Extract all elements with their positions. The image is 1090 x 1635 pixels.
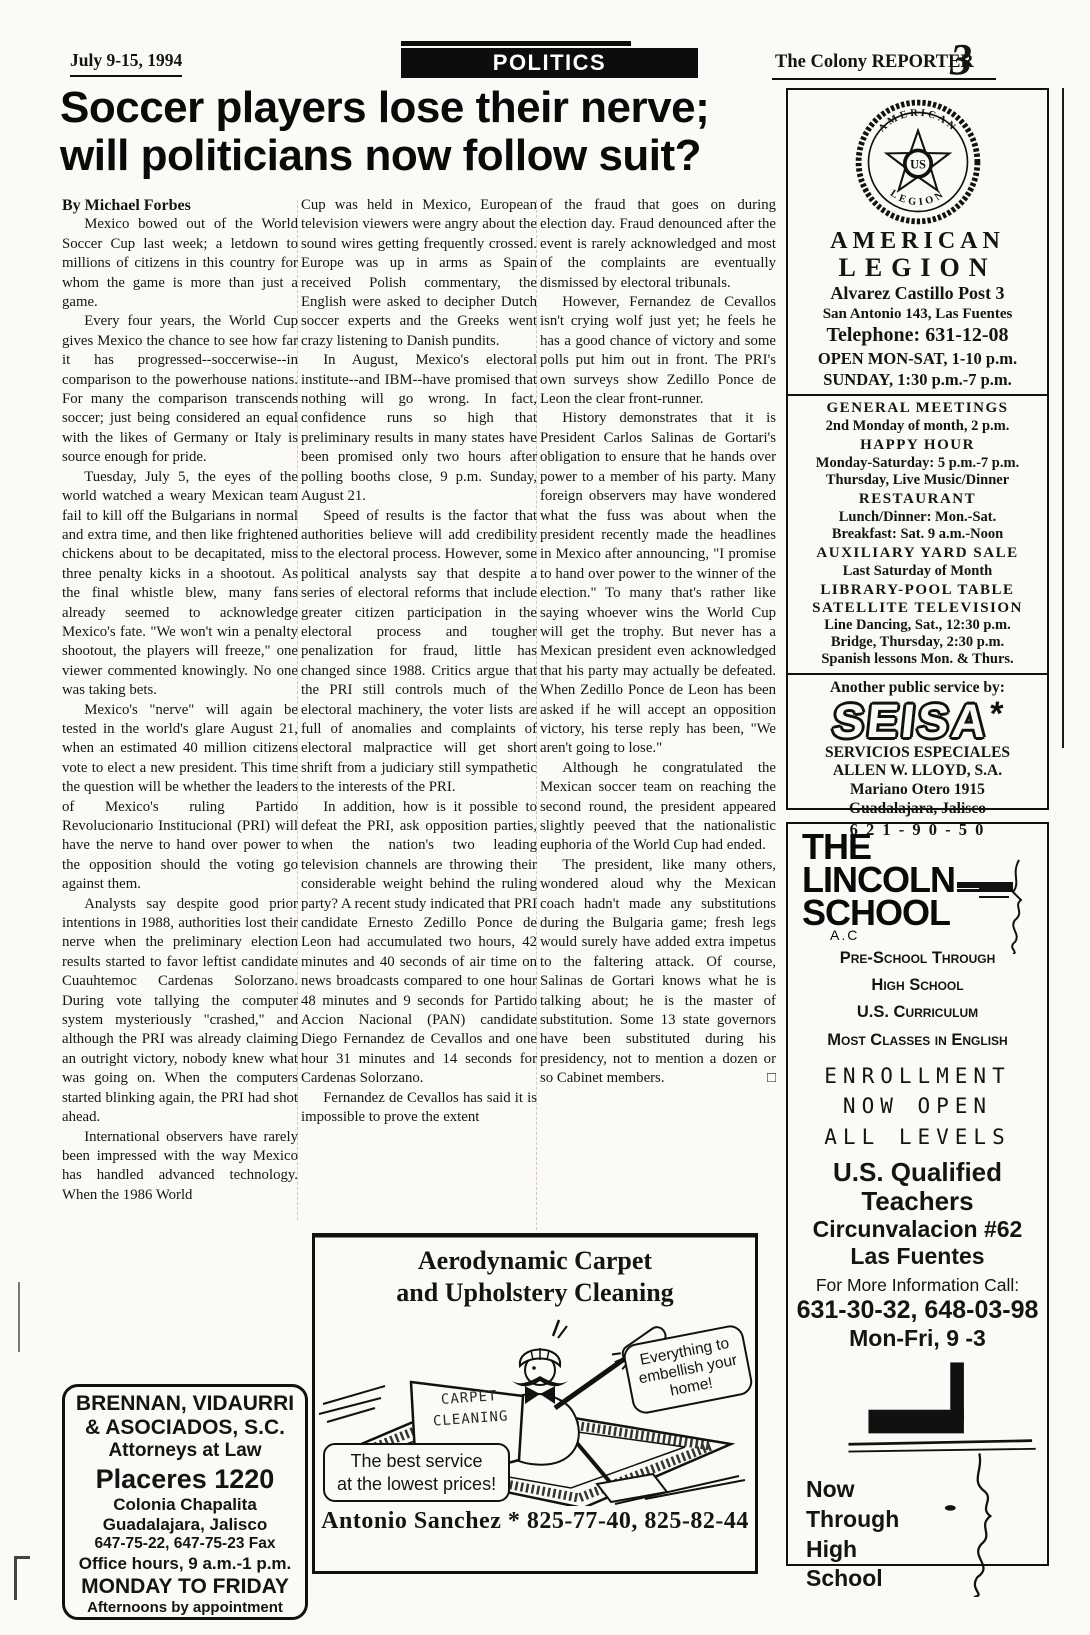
brennan-line: Colonia Chapalita <box>65 1495 305 1515</box>
caption-line: Now <box>806 1475 899 1505</box>
carpet-cartoon: CARPET CLEANING Everything to embellish … <box>315 1308 755 1506</box>
enrollment-line: ENROLLMENT <box>792 1061 1043 1091</box>
american-legion-ad: US AMERICAN LEGION AMERICAN LEGION Alvar… <box>786 88 1049 810</box>
paragraph: Although he congratulated the Mexican so… <box>540 759 776 856</box>
carpet-ad-contact: Antonio Sanchez * 825-77-40, 825-82-44 <box>315 1508 755 1535</box>
brennan-appointment: Afternoons by appointment <box>65 1599 305 1617</box>
divider <box>788 673 1047 675</box>
carpet-ad-title: Aerodynamic Carpet and Upholstery Cleani… <box>315 1245 755 1308</box>
paragraph: History demonstrates that it is Presiden… <box>540 409 776 758</box>
lincoln-info: For More Information Call: <box>792 1275 1043 1296</box>
paragraph: Mexico's "nerve" will again be tested in… <box>62 701 298 895</box>
seisa-line: Mariano Otero 1915 <box>793 781 1042 800</box>
bubble-line1: The best service <box>337 1450 496 1473</box>
legion-section-heading: RESTAURANT <box>793 491 1042 509</box>
article-column-3: of the fraud that goes on during electio… <box>540 196 776 1236</box>
legion-section-heading: HAPPY HOUR <box>793 437 1042 455</box>
article-column-2: Cup was held in Mexico, European televis… <box>301 196 537 1236</box>
legion-section-line: Line Dancing, Sat., 12:30 p.m. <box>793 617 1042 634</box>
paragraph: Fernandez de Cevallos has said it is imp… <box>301 1089 537 1128</box>
paragraph: In addition, how is it possible to defea… <box>301 798 537 1089</box>
brennan-line: Guadalajara, Jalisco <box>65 1515 305 1535</box>
lincoln-feature: U.S. Curriculum <box>792 1002 1043 1023</box>
legion-section-line: 2nd Monday of month, 2 p.m. <box>793 418 1042 435</box>
scan-artifact <box>14 1556 30 1600</box>
enrollment-line: NOW OPEN <box>792 1091 1043 1121</box>
issue-date: July 9-15, 1994 <box>70 50 182 77</box>
legion-section-heading: AUXILIARY YARD SALE <box>793 545 1042 563</box>
seisa-line: ALLEN W. LLOYD, S.A. <box>793 762 1042 781</box>
legion-hours-1: OPEN MON-SAT, 1-10 p.m. <box>793 348 1042 369</box>
paragraph: However, Fernandez de Cevallos isn't cry… <box>540 293 776 409</box>
lincoln-enrollment: ENROLLMENT NOW OPEN ALL LEVELS <box>792 1061 1043 1152</box>
page-number: 3 <box>950 34 972 85</box>
svg-text:US: US <box>910 158 926 172</box>
paragraph: Mexico bowed out of the World Soccer Cup… <box>62 215 298 312</box>
caption-line: Through <box>806 1505 899 1535</box>
legion-name-line1: AMERICAN <box>793 228 1042 254</box>
paragraph: Tuesday, July 5, the eyes of the world w… <box>62 468 298 701</box>
paragraph: Analysts say despite good prior intentio… <box>62 895 298 1128</box>
legion-section-line: Thursday, Live Music/Dinner <box>793 472 1042 489</box>
legion-address: San Antonio 143, Las Fuentes <box>793 305 1042 323</box>
paragraph: In August, Mexico's electoral institute-… <box>301 351 537 506</box>
paragraph: of the fraud that goes on during electio… <box>540 196 776 293</box>
caption-line: High <box>806 1535 899 1565</box>
brennan-street: Placeres 1220 <box>65 1464 305 1495</box>
legion-post: Alvarez Castillo Post 3 <box>793 283 1042 305</box>
lincoln-graphic: Now Through High School <box>792 1357 1043 1597</box>
brennan-phones: 647-75-22, 647-75-23 Fax <box>65 1535 305 1554</box>
lincoln-qualified-2: Teachers <box>792 1187 1043 1216</box>
brennan-office-hours: Office hours, 9 a.m.-1 p.m. <box>65 1554 305 1574</box>
lincoln-address-1: Circunvalacion #62 <box>792 1216 1043 1243</box>
face-profile-icon <box>979 858 1041 954</box>
brennan-name-2: & ASOCIADOS, S.C. <box>65 1416 305 1440</box>
legion-section-line: Last Saturday of Month <box>793 563 1042 580</box>
newspaper-page: July 9-15, 1994 POLITICS The Colony REPO… <box>0 0 1090 1635</box>
paragraph: International observers have rarely been… <box>62 1128 298 1206</box>
legion-phone: Telephone: 631-12-08 <box>793 323 1042 348</box>
brennan-attorneys-ad: BRENNAN, VIDAURRI & ASOCIADOS, S.C. Atto… <box>62 1384 308 1620</box>
legion-section-line: Spanish lessons Mon. & Thurs. <box>793 651 1042 668</box>
section-banner: POLITICS <box>401 48 698 78</box>
legion-section-line: Monday-Saturday: 5 p.m.-7 p.m. <box>793 455 1042 472</box>
enrollment-line: ALL LEVELS <box>792 1122 1043 1152</box>
paragraph: Cup was held in Mexico, European televis… <box>301 196 537 351</box>
byline: By Michael Forbes <box>62 196 298 215</box>
speech-bubble-left: The best service at the lowest prices! <box>323 1443 510 1502</box>
lincoln-logo: THE LINCOLN SCHOOL A.C <box>792 830 1043 942</box>
lincoln-qualified-1: U.S. Qualified <box>792 1158 1043 1187</box>
caption-line: School <box>806 1564 899 1594</box>
paragraph: The president, like many others, wondere… <box>540 856 776 1089</box>
american-legion-emblem-icon: US AMERICAN LEGION <box>852 96 984 228</box>
carpet-title-line2: and Upholstery Cleaning <box>315 1277 755 1309</box>
legion-hours-2: SUNDAY, 1:30 p.m.-7 p.m. <box>793 369 1042 390</box>
scan-artifact <box>401 41 631 46</box>
seisa-logo: SEISA* <box>791 697 1045 744</box>
scan-artifact <box>1062 88 1064 748</box>
legion-section-heading: GENERAL MEETINGS <box>793 400 1042 418</box>
headline-line-1: Soccer players lose their nerve; <box>60 84 770 132</box>
asterisk-icon: * <box>988 695 1005 733</box>
lincoln-hours: Mon-Fri, 9 -3 <box>792 1325 1043 1353</box>
legion-section-heading: LIBRARY-POOL TABLE SATELLITE TELEVISION <box>793 582 1042 617</box>
legion-section-line: Bridge, Thursday, 2:30 p.m. <box>793 634 1042 651</box>
lincoln-feature: High School <box>792 975 1043 996</box>
seisa-line: Guadalajara, Jalisco <box>793 800 1042 819</box>
lincoln-caption: Now Through High School <box>806 1475 899 1595</box>
lincoln-school-ad: THE LINCOLN SCHOOL A.C Pre-School Throug… <box>786 822 1049 1566</box>
headline-line-2: will politicians now follow suit? <box>60 132 770 180</box>
svg-text:LEGION: LEGION <box>888 188 948 208</box>
legion-name-line2: LEGION <box>793 254 1042 283</box>
masthead: The Colony REPORTER <box>775 52 974 73</box>
carpet-sign: CARPET CLEANING <box>414 1385 527 1435</box>
brennan-title: Attorneys at Law <box>65 1439 305 1464</box>
paragraph: Every four years, the World Cup gives Me… <box>62 312 298 467</box>
legion-section-line: Breakfast: Sat. 9 a.m.-Noon <box>793 526 1042 543</box>
carpet-title-line1: Aerodynamic Carpet <box>315 1245 755 1277</box>
paragraph: Speed of results is the factor that auth… <box>301 507 537 798</box>
carpet-cleaning-ad: Aerodynamic Carpet and Upholstery Cleani… <box>312 1233 758 1574</box>
lincoln-feature: Most Classes in English <box>792 1030 1043 1051</box>
divider <box>788 394 1047 396</box>
scan-artifact <box>18 1282 20 1352</box>
bubble-line2: at the lowest prices! <box>337 1473 496 1496</box>
brennan-name-1: BRENNAN, VIDAURRI <box>65 1392 305 1416</box>
article-column-1: By Michael Forbes Mexico bowed out of th… <box>62 196 298 1376</box>
lincoln-phones: 631-30-32, 648-03-98 <box>792 1296 1043 1325</box>
seisa-logo-text: SEISA <box>830 694 992 747</box>
article-headline: Soccer players lose their nerve; will po… <box>60 84 770 179</box>
legion-section-line: Lunch/Dinner: Mon.-Sat. <box>793 509 1042 526</box>
lincoln-address-2: Las Fuentes <box>792 1243 1043 1270</box>
brennan-days: MONDAY TO FRIDAY <box>65 1574 305 1599</box>
